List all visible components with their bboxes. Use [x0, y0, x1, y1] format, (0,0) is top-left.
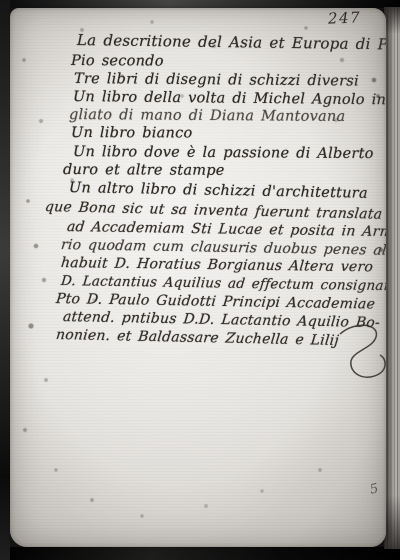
- scan-frame-left: [0, 0, 10, 560]
- manuscript-line: Un libro bianco: [71, 125, 193, 141]
- notarial-flourish: [336, 322, 386, 384]
- manuscript-page: 247 La descritione del Asia et Europa di…: [10, 8, 386, 547]
- scan-frame-top: [0, 0, 400, 8]
- manuscript-line: gliato di mano di Diana Mantovana: [69, 107, 346, 125]
- manuscript-line: La descritione del Asia et Europa di Pap…: [77, 31, 386, 54]
- manuscript-line: duro et altre stampe: [63, 162, 225, 179]
- manuscript-line: nonien. et Baldassare Zuchella e Lilij: [55, 327, 340, 349]
- manuscript-scan-photo: 247 La descritione del Asia et Europa di…: [0, 0, 400, 560]
- quire-mark: 5: [369, 481, 380, 497]
- manuscript-line: habuit D. Horatius Borgianus Altera vero: [60, 255, 374, 275]
- manuscript-line: Pio secondo: [71, 53, 164, 69]
- folio-number: 247: [328, 8, 362, 27]
- manuscript-line: Un libro della volta di Michel Agnolo in…: [73, 89, 386, 108]
- manuscript-line: Tre libri di disegni di schizzi diversi: [74, 71, 359, 89]
- book-page-edges: [384, 7, 400, 549]
- manuscript-line: Un libro dove è la passione di Alberto: [73, 144, 374, 162]
- scan-frame-bottom: [0, 547, 400, 560]
- manuscript-line: Un altro libro di schizzi d'architettura: [69, 180, 368, 202]
